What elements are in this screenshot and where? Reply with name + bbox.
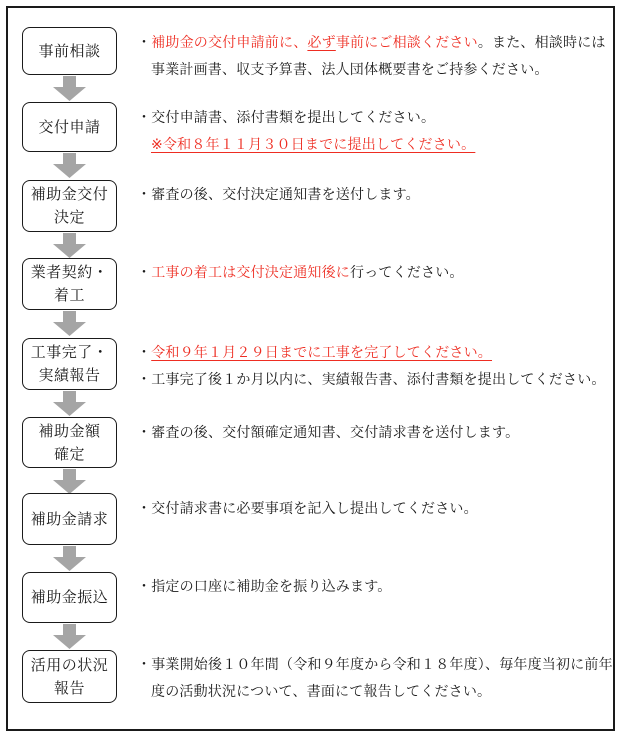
step-notes: ・事業開始後１０年間（令和９年度から令和１８年度）、毎年度当初に前年 度の活動状… — [137, 651, 619, 705]
note-segment: 必ず — [307, 34, 335, 50]
note-segment: ・ — [137, 264, 151, 280]
note-segment: 。また、相談時には — [478, 34, 606, 50]
note-line: ・交付請求書に必要事項を記入し提出してください。 — [137, 495, 619, 522]
note-segment: ・交付請求書に必要事項を記入し提出してください。 — [137, 500, 478, 516]
step-notes: ・審査の後、交付額確定通知書、交付請求書を送付します。 — [137, 419, 619, 446]
note-line: ・補助金の交付申請前に、必ず事前にご相談ください。また、相談時には — [137, 29, 619, 56]
flow-step-label: 報告 — [54, 677, 85, 700]
note-line: 度の活動状況について、書面にて報告してください。 — [137, 678, 619, 705]
note-line: ※令和８年１１月３０日までに提出してください。 — [137, 131, 619, 158]
step-notes: ・令和９年１月２９日までに工事を完了してください。 ・工事完了後１か月以内に、実… — [137, 339, 619, 393]
note-segment: 工事の着工は交付決定通知後に — [151, 264, 350, 280]
note-line: ・交付申請書、添付書類を提出してください。 — [137, 104, 619, 131]
flow-step-label: 工事完了・ — [31, 341, 109, 364]
step-notes: ・補助金の交付申請前に、必ず事前にご相談ください。また、相談時には 事業計画書、… — [137, 29, 619, 83]
note-segment: 行ってください。 — [350, 264, 464, 280]
note-segment: ※令和８年１１月３０日までに提出してください。 — [151, 136, 475, 152]
flow-step-label: 補助金振込 — [31, 586, 109, 609]
note-line: ・指定の口座に補助金を振り込みます。 — [137, 573, 619, 600]
flow-step-box: 活用の状況 報告 — [22, 650, 117, 703]
arrow-down-icon — [53, 391, 86, 416]
arrow-down-icon — [53, 153, 86, 178]
flow-step-label: 補助金請求 — [31, 508, 109, 531]
flow-step-label: 補助金交付 — [31, 183, 109, 206]
arrow-down-icon — [53, 469, 86, 494]
note-segment: ・審査の後、交付額確定通知書、交付請求書を送付します。 — [137, 424, 519, 440]
note-segment: ・工事完了後１か月以内に、実績報告書、添付書類を提出してください。 — [137, 371, 606, 387]
flowchart-page: 事前相談 ・補助金の交付申請前に、必ず事前にご相談ください。また、相談時には 事… — [0, 0, 624, 744]
flow-step-box: 補助金額 確定 — [22, 417, 117, 468]
flow-step-box: 補助金交付 決定 — [22, 180, 117, 232]
note-segment: ・交付申請書、添付書類を提出してください。 — [137, 109, 435, 125]
arrow-down-icon — [53, 546, 86, 571]
flow-step-label: 決定 — [54, 206, 85, 229]
flow-step-box: 工事完了・ 実績報告 — [22, 338, 117, 390]
flow-step-box: 業者契約・ 着工 — [22, 258, 117, 310]
step-notes: ・工事の着工は交付決定通知後に行ってください。 — [137, 259, 619, 286]
note-line: ・審査の後、交付額確定通知書、交付請求書を送付します。 — [137, 419, 619, 446]
note-segment: ・ — [137, 34, 151, 50]
step-notes: ・指定の口座に補助金を振り込みます。 — [137, 573, 619, 600]
step-notes: ・交付請求書に必要事項を記入し提出してください。 — [137, 495, 619, 522]
note-segment: 事前にご相談ください — [336, 34, 478, 50]
flow-step-box: 補助金請求 — [22, 493, 117, 545]
note-segment: 令和９年１月２９日までに工事を完了してください。 — [151, 344, 492, 360]
arrow-down-icon — [53, 624, 86, 649]
note-segment: 補助金の交付申請前に、 — [151, 34, 307, 50]
flow-step-box: 交付申請 — [22, 102, 117, 152]
note-segment: ・ — [137, 344, 151, 360]
flow-step-label: 補助金額 — [38, 420, 100, 443]
note-line: ・工事の着工は交付決定通知後に行ってください。 — [137, 259, 619, 286]
flow-step-box: 事前相談 — [22, 27, 117, 75]
note-segment: ・指定の口座に補助金を振り込みます。 — [137, 578, 391, 594]
arrow-down-icon — [53, 233, 86, 258]
flow-step-label: 事前相談 — [38, 40, 100, 63]
note-segment: 度の活動状況について、書面にて報告してください。 — [151, 683, 491, 699]
note-line: ・審査の後、交付決定通知書を送付します。 — [137, 181, 619, 208]
note-segment: ・事業開始後１０年間（令和９年度から令和１８年度）、毎年度当初に前年 — [137, 656, 613, 672]
flow-step-label: 確定 — [54, 443, 85, 466]
arrow-down-icon — [53, 76, 86, 101]
arrow-down-icon — [53, 311, 86, 336]
flow-step-label: 業者契約・ — [31, 261, 109, 284]
flow-step-label: 着工 — [54, 284, 85, 307]
flow-step-label: 活用の状況 — [31, 654, 109, 677]
note-segment: 事業計画書、収支予算書、法人団体概要書をご持参ください。 — [151, 61, 549, 77]
step-notes: ・審査の後、交付決定通知書を送付します。 — [137, 181, 619, 208]
note-line: ・令和９年１月２９日までに工事を完了してください。 — [137, 339, 619, 366]
note-segment: ・審査の後、交付決定通知書を送付します。 — [137, 186, 420, 202]
note-line: ・事業開始後１０年間（令和９年度から令和１８年度）、毎年度当初に前年 — [137, 651, 619, 678]
flow-step-label: 実績報告 — [38, 364, 100, 387]
note-line: 事業計画書、収支予算書、法人団体概要書をご持参ください。 — [137, 56, 619, 83]
note-line: ・工事完了後１か月以内に、実績報告書、添付書類を提出してください。 — [137, 366, 619, 393]
flow-step-label: 交付申請 — [38, 116, 100, 139]
step-notes: ・交付申請書、添付書類を提出してください。 ※令和８年１１月３０日までに提出して… — [137, 104, 619, 158]
flow-step-box: 補助金振込 — [22, 572, 117, 623]
